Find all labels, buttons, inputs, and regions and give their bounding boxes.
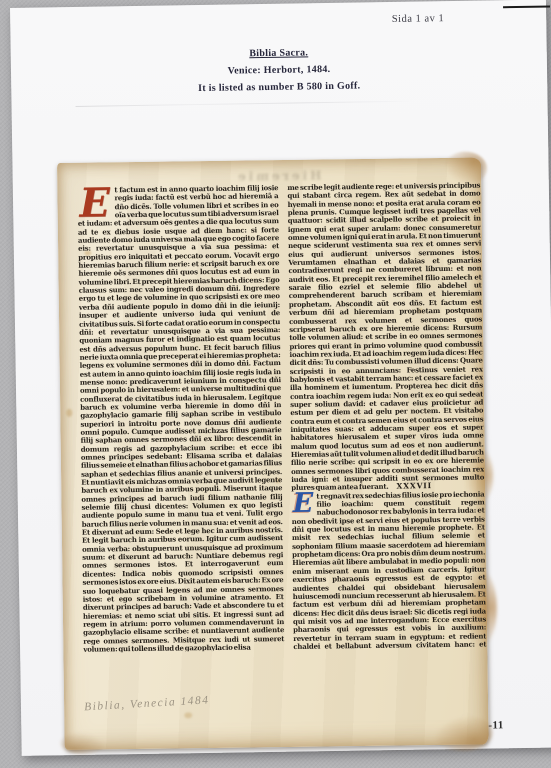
catalog-header: Biblia Sacra. Venice: Herbort, 1484. It … bbox=[11, 44, 548, 97]
show-through-running-title: Hieremie bbox=[205, 168, 351, 184]
illuminated-initial-e: E bbox=[291, 492, 314, 514]
foxing-spot bbox=[184, 712, 192, 718]
catalog-imprint: Venice: Herbort, 1484. bbox=[11, 61, 547, 80]
text-block: Et factum est in anno quarto ioachim fil… bbox=[77, 181, 486, 652]
incunable-leaf: Hieremie Et factum est in anno quarto io… bbox=[57, 157, 489, 749]
chapter-37-text: Et regnavit rex sedechias filius iosie p… bbox=[291, 490, 486, 650]
catalog-reference: It is listed as number B 580 in Goff. bbox=[11, 78, 547, 97]
page-number: -11 bbox=[488, 719, 504, 731]
leaf-column-left: Et factum est in anno quarto ioachim fil… bbox=[77, 184, 284, 653]
catalog-title: Biblia Sacra. bbox=[11, 44, 547, 63]
print-rule-line bbox=[503, 6, 550, 9]
foxing-spot bbox=[66, 409, 72, 417]
column-right-body-bottom: t regnavit rex sedechias filius iosie pr… bbox=[292, 489, 487, 650]
photographed-catalog-page: { "print_header": { "page_indicator": "S… bbox=[0, 0, 551, 768]
pencil-inscription: Biblia, Venecia 1484 bbox=[84, 694, 210, 713]
chapter-36-text: Et factum est in anno quarto ioachim fil… bbox=[77, 184, 284, 653]
leaf-column-right: me scribe legit audiente rege: et univer… bbox=[287, 181, 486, 649]
column-left-body: t factum est in anno quarto ioachim fili… bbox=[78, 184, 285, 653]
page-indicator: Sida 1 av 1 bbox=[392, 13, 445, 25]
rubricated-initial-e: E bbox=[77, 187, 111, 219]
chapter-36-continuation: me scribe legit audiente rege: et univer… bbox=[287, 181, 484, 492]
column-right-body-top: me scribe legit audiente rege: et univer… bbox=[287, 181, 484, 492]
sheet-crease-line bbox=[76, 100, 476, 107]
